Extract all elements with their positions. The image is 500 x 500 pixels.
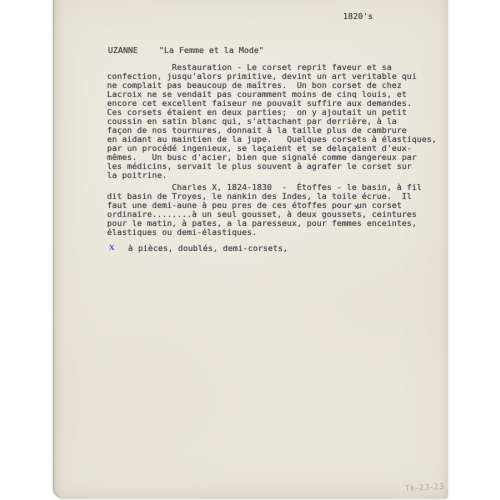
author-name: UZANNE (108, 46, 138, 55)
pencil-catalog-mark: Tk-23-23 (405, 482, 445, 493)
title-quote: "La Femme et la Mode" (159, 46, 264, 55)
note-line: à pièces, doublés, demi-corsets, (128, 244, 288, 253)
date-label: 1820's (343, 12, 373, 21)
document-page: 1820's UZANNE "La Femme et la Mode" Rest… (53, 0, 448, 499)
paragraph-charles-x: Charles X, 1824-1830 - Étoffes - le basi… (107, 183, 422, 237)
scan-background: 1820's UZANNE "La Femme et la Mode" Rest… (0, 0, 500, 500)
handwritten-x-mark-inline: x (353, 202, 359, 212)
handwritten-x-mark-note: x (108, 242, 115, 254)
paragraph-restauration: Restauration - Le corset reprit faveur e… (107, 63, 437, 180)
